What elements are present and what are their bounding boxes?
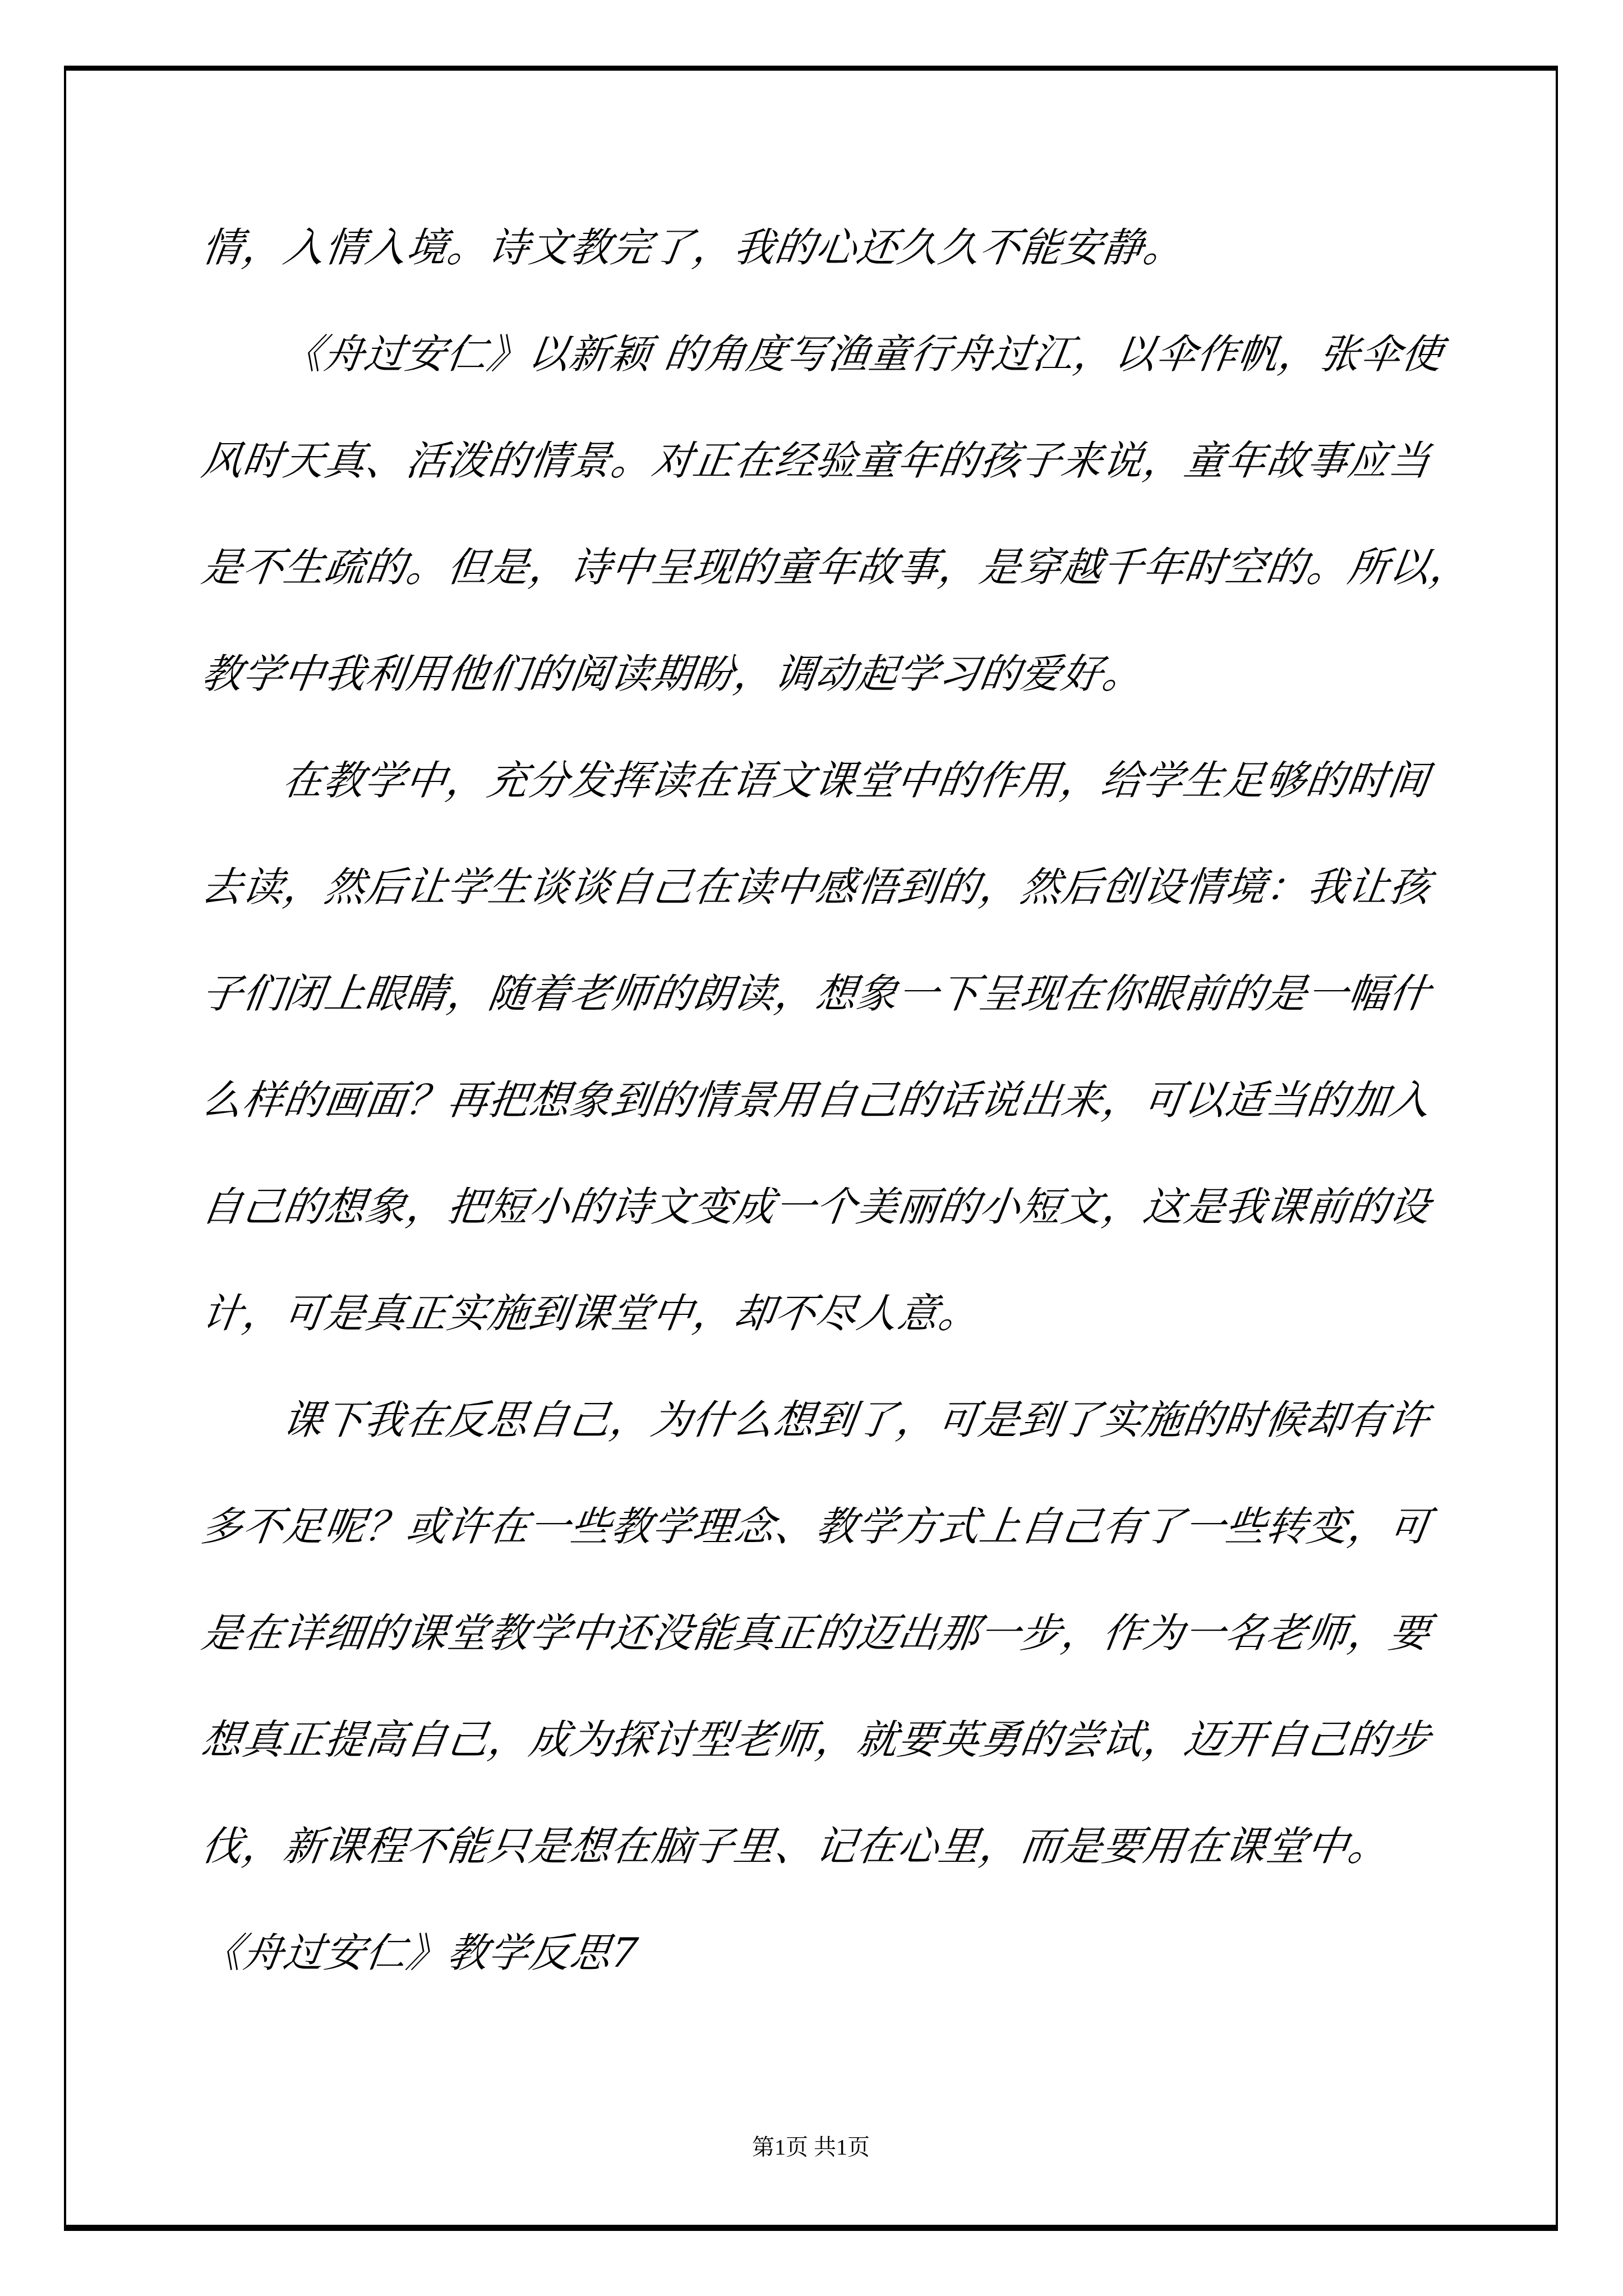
text-line: 伐，新课程不能只是想在脑子里、记在心里，而是要用在课堂中。	[195, 1793, 1468, 1899]
text-line: 计，可是真正实施到课堂中，却不尽人意。	[195, 1260, 1468, 1366]
text-line: 情，入情入境。诗文教完了，我的心还久久不能安静。	[195, 194, 1468, 301]
page-frame: 情，入情入境。诗文教完了，我的心还久久不能安静。 《舟过安仁》以新颖 的角度写渔…	[64, 66, 1558, 2231]
text-line: 《舟过安仁》以新颖 的角度写渔童行舟过江，以伞作帆，张伞使	[195, 301, 1468, 407]
text-line: 课下我在反思自己，为什么想到了，可是到了实施的时候却有许	[195, 1366, 1468, 1473]
text-line: 子们闭上眼睛，随着老师的朗读，想象一下呈现在你眼前的是一幅什	[195, 940, 1468, 1047]
page-footer: 第1页 共1页	[66, 2134, 1556, 2161]
text-line: 么样的画面？再把想象到的情景用自己的话说出来，可以适当的加入	[195, 1047, 1468, 1153]
text-line: 去读，然后让学生谈谈自己在读中感悟到的，然后创设情境：我让孩	[195, 834, 1468, 940]
text-block: 情，入情入境。诗文教完了，我的心还久久不能安静。 《舟过安仁》以新颖 的角度写渔…	[195, 194, 1453, 2006]
text-line: 在教学中，充分发挥读在语文课堂中的作用，给学生足够的时间	[195, 727, 1468, 834]
text-line: 是在详细的课堂教学中还没能真正的迈出那一步，作为一名老师，要	[195, 1580, 1468, 1686]
text-line: 风时天真、活泼的情景。对正在经验童年的孩子来说，童年故事应当	[195, 407, 1468, 514]
text-line: 教学中我利用他们的阅读期盼，调动起学习的爱好。	[195, 620, 1468, 727]
document-page: 情，入情入境。诗文教完了，我的心还久久不能安静。 《舟过安仁》以新颖 的角度写渔…	[0, 0, 1623, 2296]
text-line: 想真正提高自己，成为探讨型老师，就要英勇的尝试，迈开自己的步	[195, 1686, 1468, 1793]
page-number: 第1页 共1页	[752, 2134, 870, 2160]
text-line: 多不足呢？或许在一些教学理念、教学方式上自己有了一些转变，可	[195, 1473, 1468, 1580]
text-line: 自己的想象，把短小的诗文变成一个美丽的小短文，这是我课前的设	[195, 1153, 1468, 1260]
section-title-line: 《舟过安仁》教学反思7	[195, 1899, 1468, 2006]
text-line: 是不生疏的。但是，诗中呈现的童年故事，是穿越千年时空的。所以，	[195, 514, 1468, 620]
